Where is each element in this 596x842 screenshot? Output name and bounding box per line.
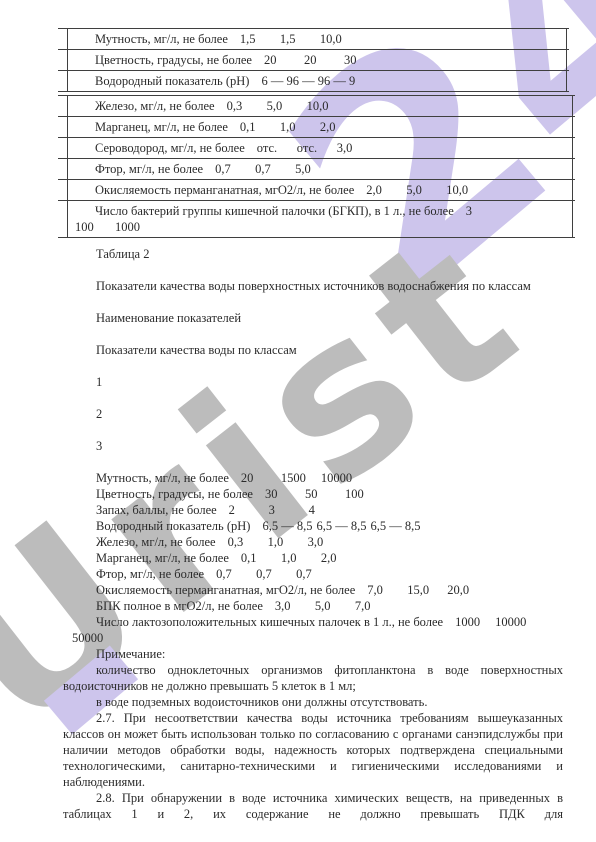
row-value: 100 xyxy=(345,486,381,502)
row-value: 0,7 xyxy=(215,161,251,177)
row-label: БПК полное в мгО2/л, не более xyxy=(96,599,263,613)
table-row: Мутность, мг/л, не более1,51,510,0 xyxy=(58,29,569,50)
row-label: Число лактозоположительных кишечных пало… xyxy=(96,615,443,629)
row-value: 100 xyxy=(75,219,111,235)
row-value: 7,0 xyxy=(355,598,391,614)
paragraph-2-7: 2.7. При несоответствии качества воды ис… xyxy=(63,710,563,790)
row-value: 20 xyxy=(241,470,277,486)
table2-caption: Таблица 2 xyxy=(63,246,563,262)
row-value: 15,0 xyxy=(407,582,443,598)
row-label: Фтор, мг/л, не более xyxy=(95,162,203,176)
table-row: Железо, мг/л, не более0,31,03,0 xyxy=(63,534,563,550)
table-row: Окисляемость перманганатная, мгО2/л, не … xyxy=(63,582,563,598)
row-value: 6,5 — 8,5 xyxy=(316,518,366,534)
table-row: Железо, мг/л, не более0,35,010,0 xyxy=(58,96,575,117)
row-value: 1,0 xyxy=(281,550,317,566)
row-value: 7,0 xyxy=(367,582,403,598)
row-wrapped-values: 50000 xyxy=(72,630,563,646)
row-value: 1,0 xyxy=(268,534,304,550)
row-label: Мутность, мг/л, не более xyxy=(95,32,228,46)
row-value: 20,0 xyxy=(447,582,483,598)
row-value: 10,0 xyxy=(320,31,356,47)
row-value: 0,3 xyxy=(228,534,264,550)
row-value: 20 xyxy=(264,52,300,68)
row-label: Марганец, мг/л, не более xyxy=(96,551,229,565)
table-row: Марганец, мг/л, не более0,11,02,0 xyxy=(63,550,563,566)
table-1-upper: Мутность, мг/л, не более1,51,510,0Цветно… xyxy=(58,28,569,92)
table-row: Цветность, градусы, не более202030 xyxy=(58,50,569,71)
table-row: Сероводород, мг/л, не болееотс.отс.3,0 xyxy=(58,138,575,159)
row-label: Мутность, мг/л, не более xyxy=(96,471,229,485)
row-value: 2,0 xyxy=(320,119,356,135)
table-row: Водородный показатель (pH)6 — 96 — 96 — … xyxy=(58,71,569,92)
indicator-name-header: Наименование показателей xyxy=(63,310,563,326)
row-value: 1500 xyxy=(281,470,317,486)
row-value: 50 xyxy=(305,486,341,502)
paragraph-2-8: 2.8. При обнаружении в воде источника хи… xyxy=(63,790,563,822)
table-row: БПК полное в мгО2/л, не более3,05,07,0 xyxy=(63,598,563,614)
row-value: 30 xyxy=(344,52,380,68)
row-label: Цветность, градусы, не более xyxy=(96,487,253,501)
table-row: Число лактозоположительных кишечных пало… xyxy=(63,614,563,646)
table-row: Число бактерий группы кишечной палочки (… xyxy=(58,201,575,238)
row-label: Водородный показатель (pH) xyxy=(95,74,249,88)
table-row: Запах, баллы, не более234 xyxy=(63,502,563,518)
table-row: Фтор, мг/л, не более0,70,70,7 xyxy=(63,566,563,582)
class-number-2: 2 xyxy=(63,406,563,422)
row-value: 10000 xyxy=(321,470,357,486)
row-label: Марганец, мг/л, не более xyxy=(95,120,228,134)
row-value: 1,5 xyxy=(240,31,276,47)
row-value: 50000 xyxy=(72,630,108,646)
table-row: Фтор, мг/л, не более0,70,75,0 xyxy=(58,159,575,180)
row-value: 0,7 xyxy=(296,566,332,582)
row-value: 5,0 xyxy=(315,598,351,614)
row-value: 6,5 — 8,5 xyxy=(370,518,420,534)
row-label: Окисляемость перманганатная, мгО2/л, не … xyxy=(96,583,355,597)
table-row: Мутность, мг/л, не более20150010000 xyxy=(63,470,563,486)
row-value: отс. xyxy=(297,140,333,156)
row-wrapped-values: 1001000 xyxy=(75,219,569,235)
row-label: Железо, мг/л, не более xyxy=(95,99,215,113)
row-value: 1,0 xyxy=(280,119,316,135)
row-value: 30 xyxy=(265,486,301,502)
row-value: 1000 xyxy=(115,219,151,235)
class-header: Показатели качества воды по классам xyxy=(63,342,563,358)
row-value: 4 xyxy=(309,502,345,518)
row-value: 6,5 — 8,5 xyxy=(262,518,312,534)
row-value: 6 — 96 — 96 — 9 xyxy=(261,73,355,89)
note-2: в воде подземных водоисточников они долж… xyxy=(63,694,563,710)
row-value: 0,7 xyxy=(256,566,292,582)
class-number-3: 3 xyxy=(63,438,563,454)
row-value: 10,0 xyxy=(307,98,343,114)
row-label: Водородный показатель (pH) xyxy=(96,519,250,533)
row-value: 2,0 xyxy=(366,182,402,198)
row-value: 1000 xyxy=(455,614,491,630)
row-label: Сероводород, мг/л, не более xyxy=(95,141,245,155)
row-value: 3,0 xyxy=(337,140,373,156)
row-value: 3,0 xyxy=(308,534,344,550)
row-value: 3 xyxy=(269,502,305,518)
row-value: 0,3 xyxy=(227,98,263,114)
table2-intro-paragraph: Показатели качества воды поверхностных и… xyxy=(63,278,563,294)
row-value: отс. xyxy=(257,140,293,156)
row-label: Запах, баллы, не более xyxy=(96,503,217,517)
note-title: Примечание: xyxy=(63,646,563,662)
row-value: 3 xyxy=(466,203,502,219)
row-value: 10000 xyxy=(495,614,531,630)
row-value: 0,7 xyxy=(255,161,291,177)
table-row: Водородный показатель (pH)6,5 — 8,56,5 —… xyxy=(63,518,563,534)
row-value: 20 xyxy=(304,52,340,68)
row-value: 5,0 xyxy=(406,182,442,198)
row-label: Фтор, мг/л, не более xyxy=(96,567,204,581)
row-value: 0,7 xyxy=(216,566,252,582)
row-value: 0,1 xyxy=(240,119,276,135)
row-value: 5,0 xyxy=(295,161,331,177)
row-value: 1,5 xyxy=(280,31,316,47)
table-2-list: Мутность, мг/л, не более20150010000Цветн… xyxy=(63,470,563,646)
table-row: Цветность, градусы, не более3050100 xyxy=(63,486,563,502)
row-label: Железо, мг/л, не более xyxy=(96,535,216,549)
table-row: Марганец, мг/л, не более0,11,02,0 xyxy=(58,117,575,138)
table-row: Окисляемость перманганатная, мгО2/л, не … xyxy=(58,180,575,201)
document-page: Мутность, мг/л, не более1,51,510,0Цветно… xyxy=(0,0,596,822)
row-label: Число бактерий группы кишечной палочки (… xyxy=(95,204,454,218)
note-1: количество одноклеточных организмов фито… xyxy=(63,662,563,694)
row-value: 3,0 xyxy=(275,598,311,614)
row-value: 0,1 xyxy=(241,550,277,566)
row-label: Окисляемость перманганатная, мгО2/л, не … xyxy=(95,183,354,197)
row-value: 2,0 xyxy=(321,550,357,566)
table-1-lower: Железо, мг/л, не более0,35,010,0Марганец… xyxy=(58,95,575,238)
row-value: 5,0 xyxy=(267,98,303,114)
row-value: 2 xyxy=(229,502,265,518)
class-number-1: 1 xyxy=(63,374,563,390)
row-label: Цветность, градусы, не более xyxy=(95,53,252,67)
row-value: 10,0 xyxy=(446,182,482,198)
